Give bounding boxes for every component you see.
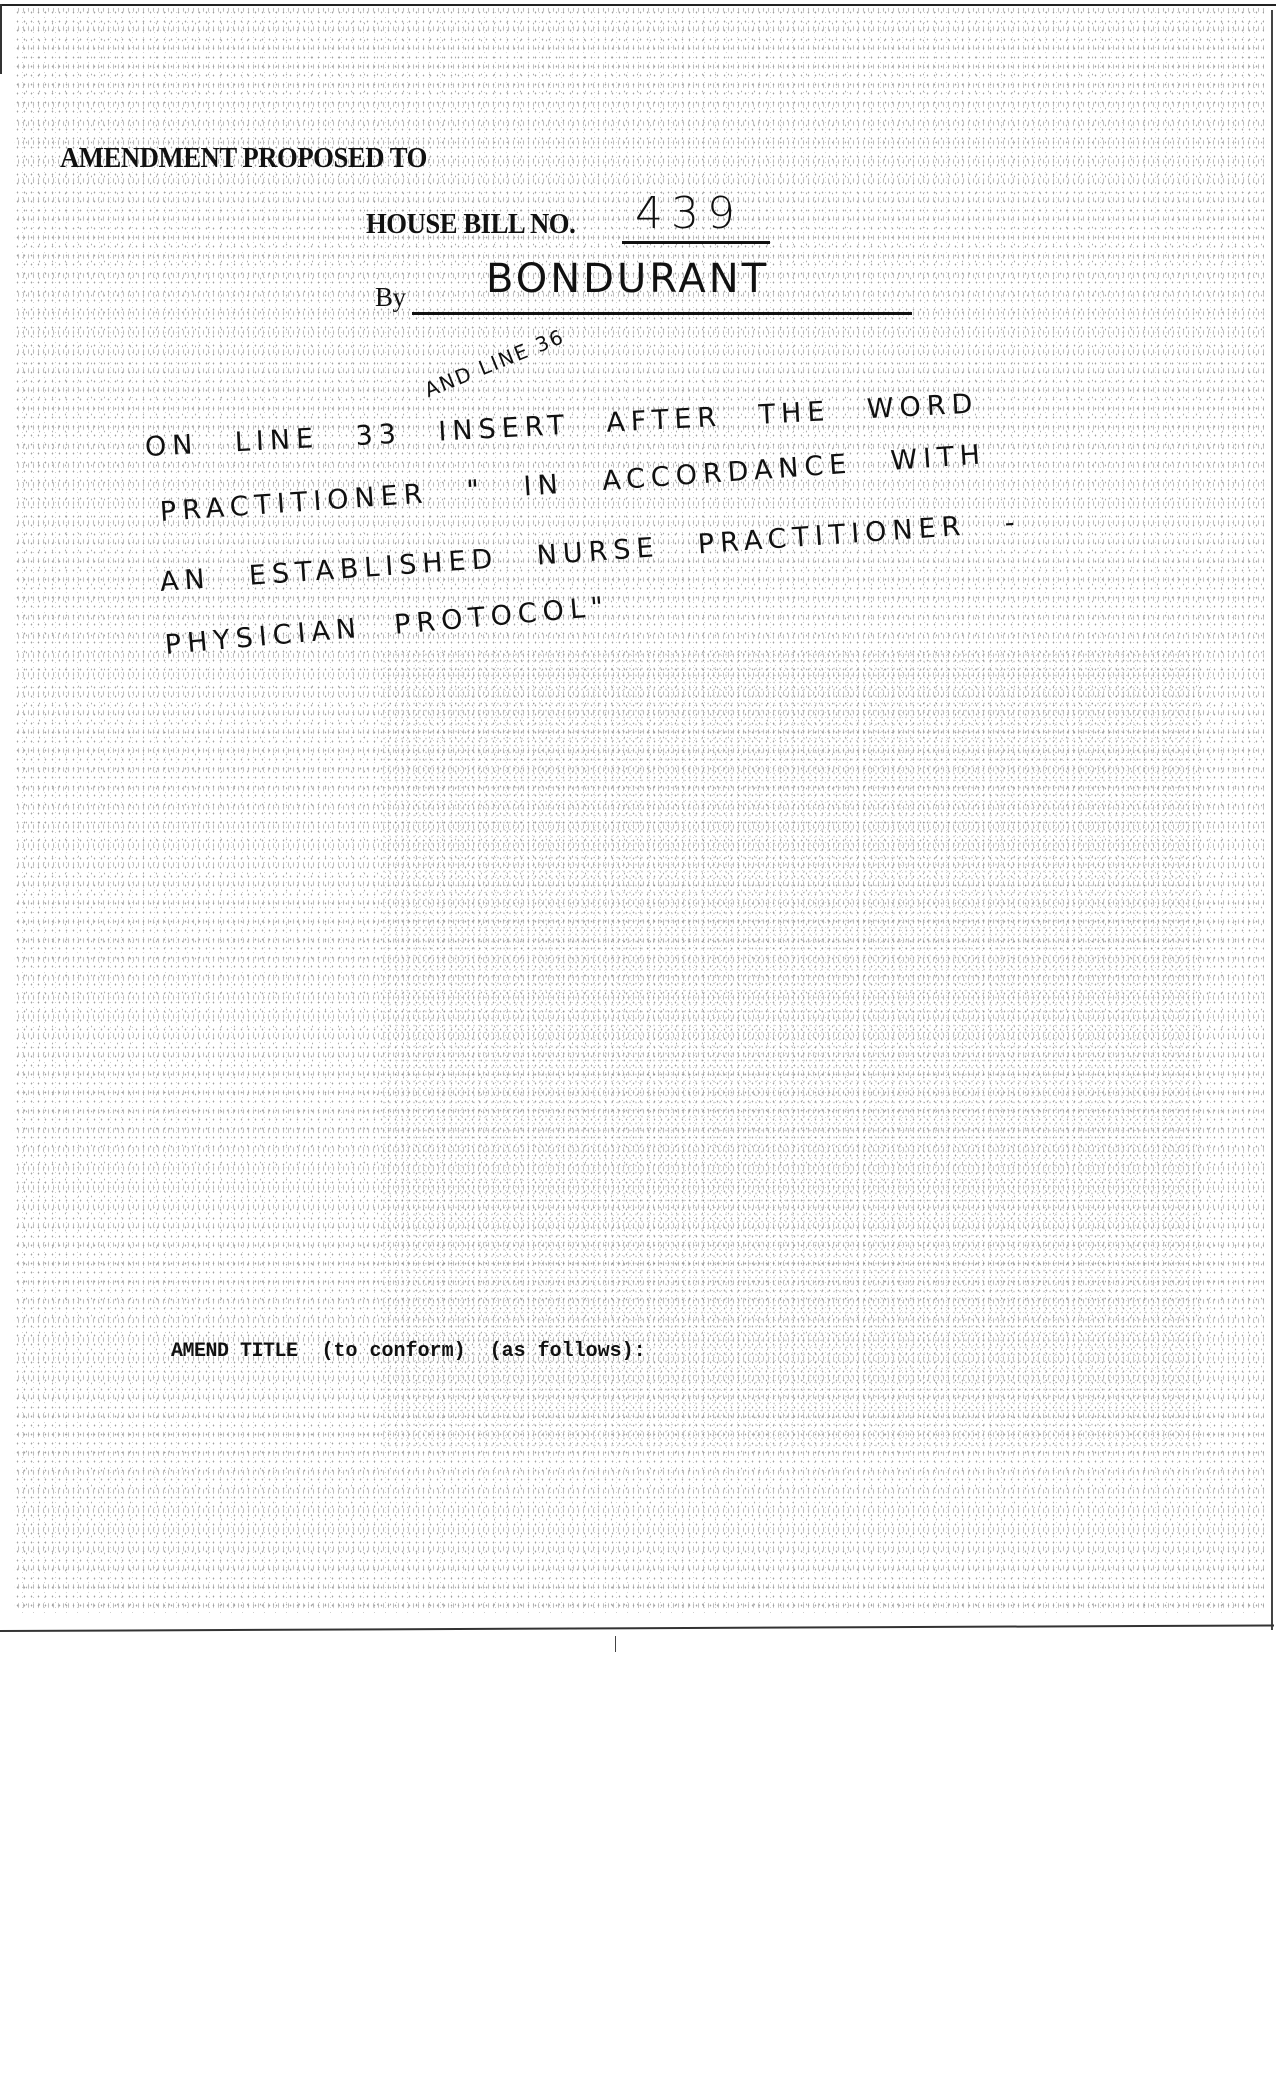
document-heading: AMENDMENT PROPOSED TO: [60, 142, 427, 175]
amendment-page: AMENDMENT PROPOSED TO HOUSE BILL NO. 439…: [0, 0, 1276, 1640]
page-top-edge: [0, 4, 1276, 6]
page-bottom-edge: [0, 1624, 1274, 1632]
sponsor-name: BONDURANT: [486, 256, 769, 302]
amend-title-options: (to conform) (as follows):: [322, 1340, 646, 1363]
page-right-edge: [1271, 10, 1273, 1630]
page-tick-mark: [615, 1636, 616, 1652]
sponsor-blank: [412, 312, 912, 315]
sponsor-label: By: [375, 282, 406, 313]
bill-number-blank: [622, 241, 770, 244]
amend-title-line: AMEND TITLE (to conform) (as follows):: [171, 1340, 646, 1363]
page-left-edge: [0, 4, 2, 74]
scan-noise-dense: [380, 650, 1200, 1450]
amend-title-label: AMEND TITLE: [171, 1340, 298, 1363]
bill-number-value: 439: [635, 188, 743, 239]
bill-number-label: HOUSE BILL NO.: [366, 208, 575, 241]
